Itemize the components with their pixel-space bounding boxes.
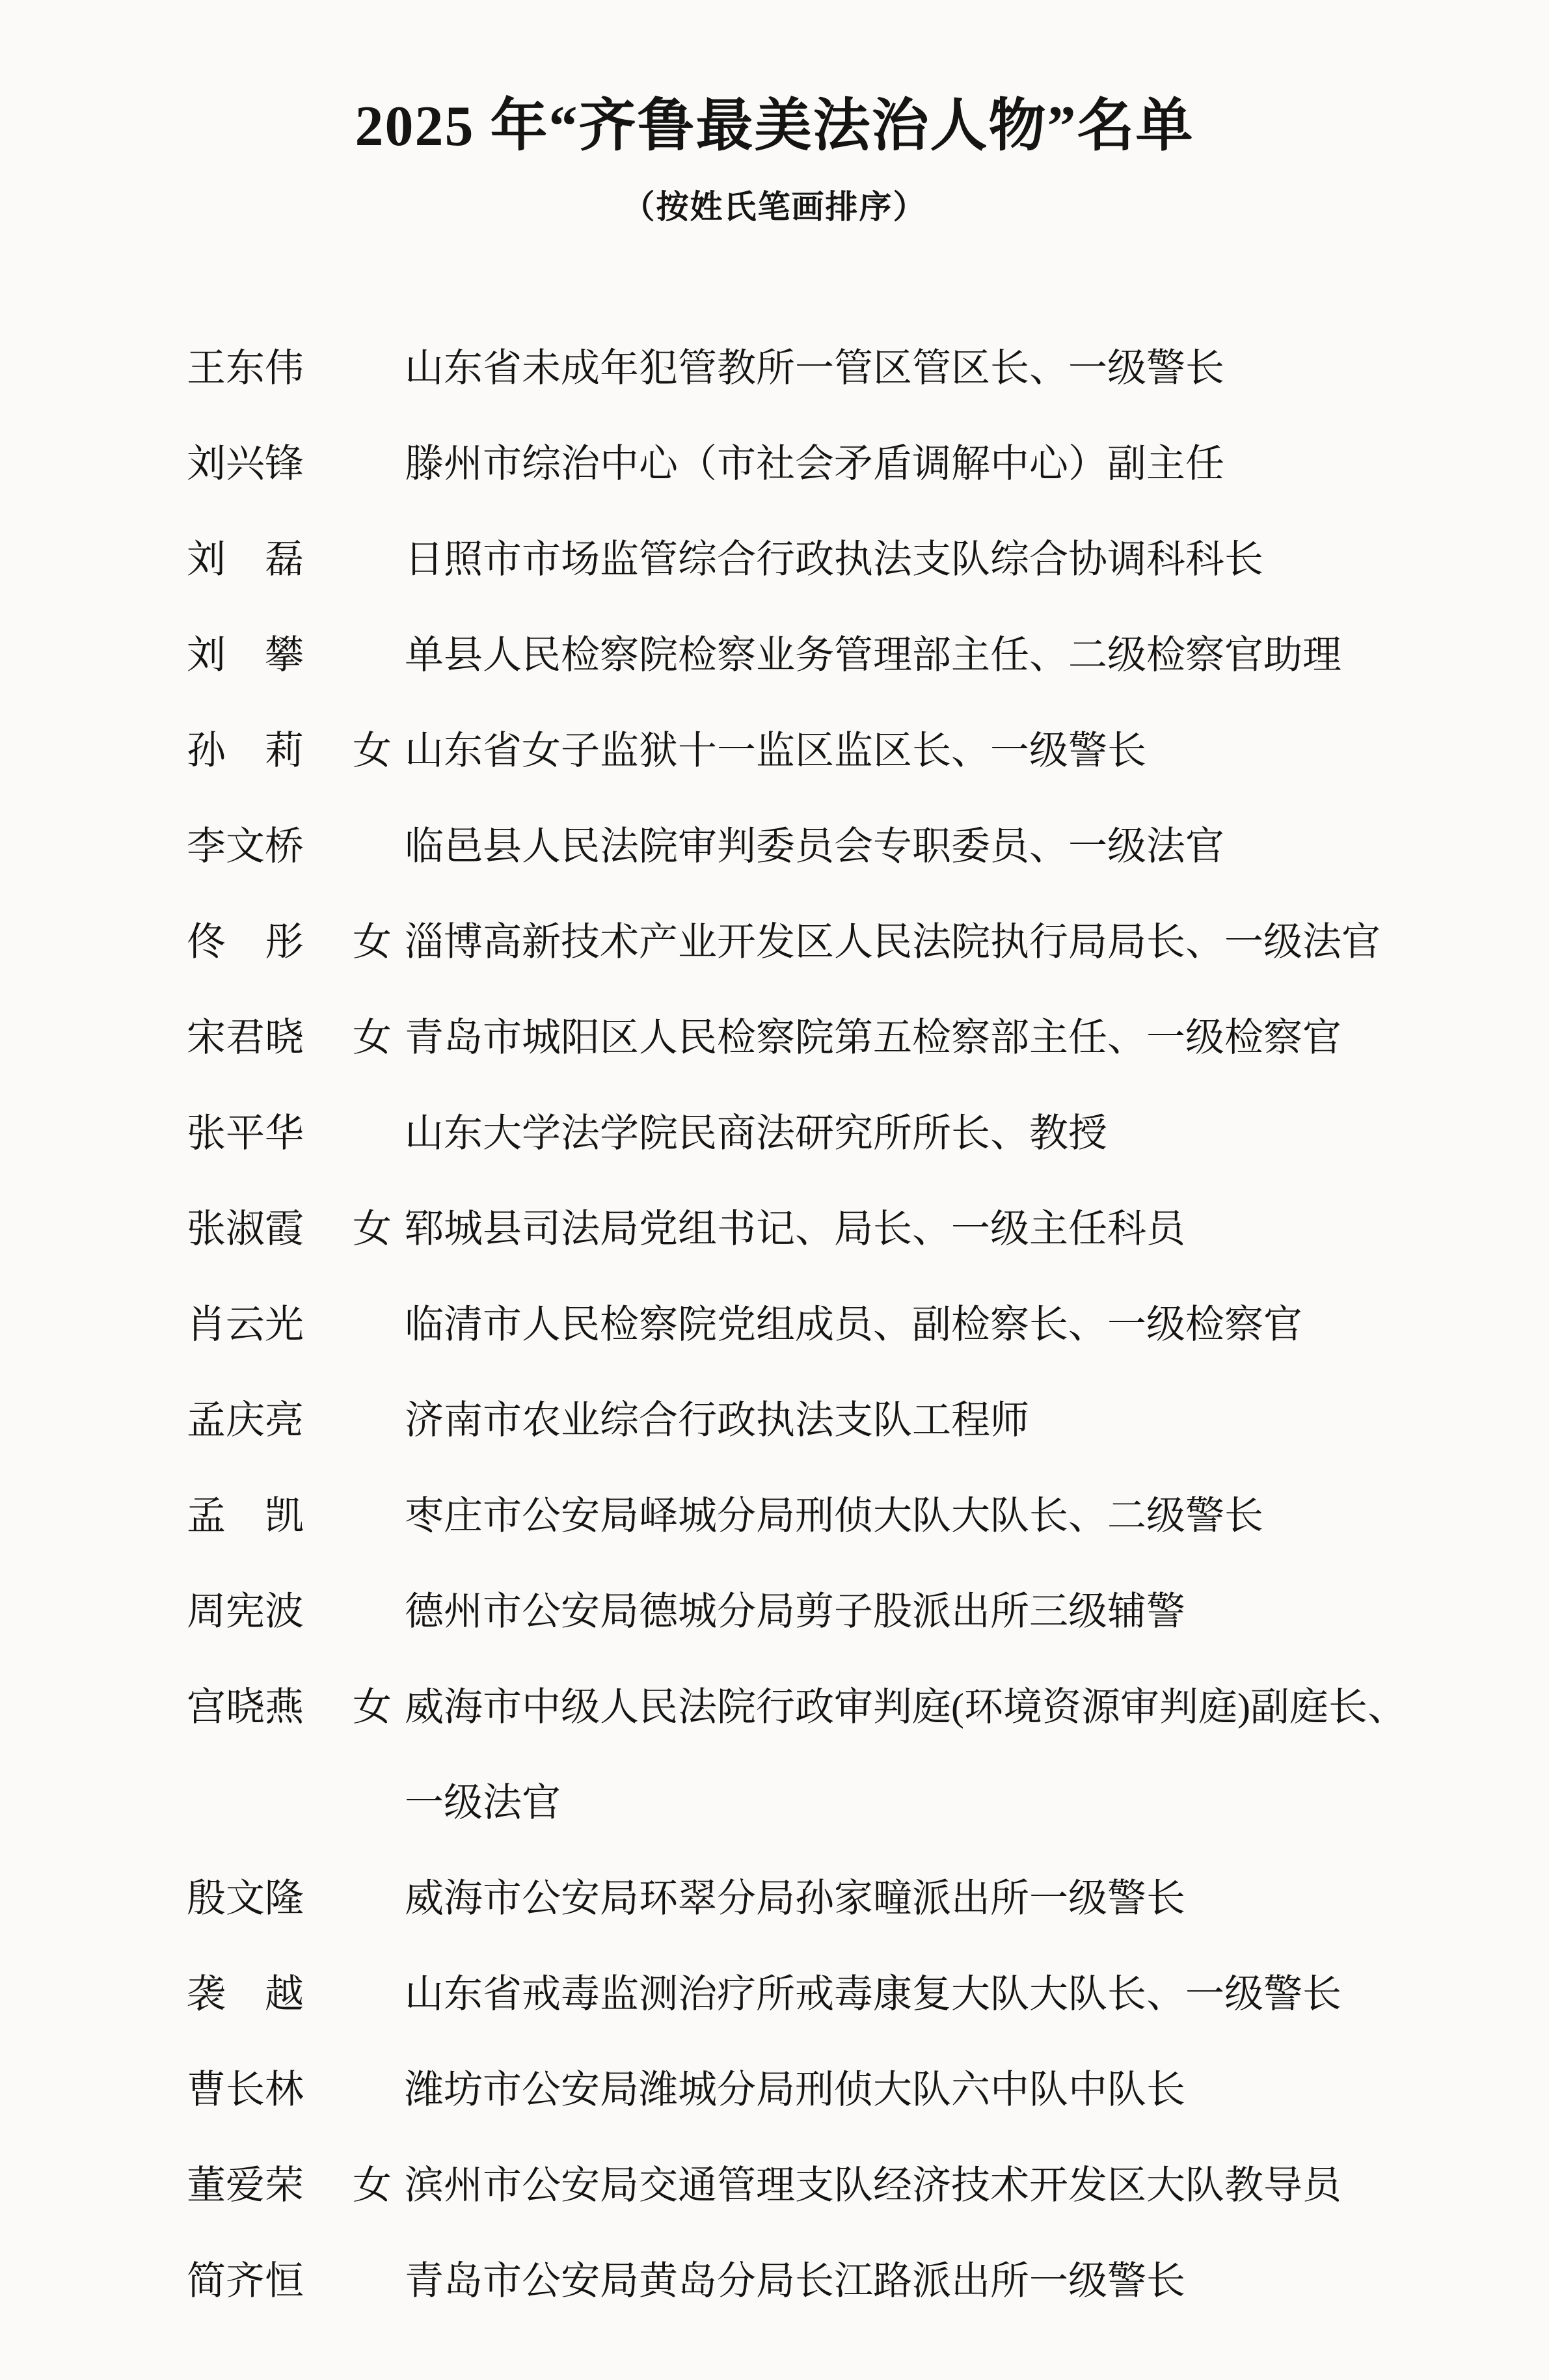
position-line: 山东大学法学院民商法研究所所长、教授	[405, 1086, 1523, 1182]
name-char: 桥	[265, 799, 304, 895]
list-item: 袭越 山东省戒毒监测治疗所戒毒康复大队大队长、一级警长	[0, 1947, 1549, 2042]
name-char: 肖	[187, 1277, 226, 1373]
name-char: 锋	[265, 416, 304, 512]
position-text: 枣庄市公安局峄城分局刑侦大队大队长、二级警长	[405, 1468, 1523, 1564]
position-line: 威海市中级人民法院行政审判庭(环境资源审判庭)副庭长、	[405, 1660, 1523, 1755]
position-text: 日照市市场监管综合行政执法支队综合协调科科长	[405, 512, 1523, 608]
name-char: 晓	[265, 990, 304, 1086]
list-item: 刘磊 日照市市场监管综合行政执法支队综合协调科科长	[0, 512, 1549, 608]
position-line: 郓城县司法局党组书记、局长、一级主任科员	[405, 1182, 1523, 1277]
honoree-name: 曹长林	[187, 2042, 304, 2138]
position-text: 济南市农业综合行政执法支队工程师	[405, 1373, 1523, 1468]
list-item: 佟彤 女 淄博高新技术产业开发区人民法院执行局局长、一级法官	[0, 895, 1549, 990]
name-char: 华	[265, 1086, 304, 1182]
position-line: 枣庄市公安局峄城分局刑侦大队大队长、二级警长	[405, 1468, 1523, 1564]
gender-label: 女	[304, 703, 405, 799]
position-text: 临清市人民检察院党组成员、副检察长、一级检察官	[405, 1277, 1523, 1373]
name-char: 攀	[265, 608, 304, 703]
list-item: 李文桥 临邑县人民法院审判委员会专职委员、一级法官	[0, 799, 1549, 895]
position-line: 济南市农业综合行政执法支队工程师	[405, 1373, 1523, 1468]
position-text: 滕州市综治中心（市社会矛盾调解中心）副主任	[405, 416, 1523, 512]
honoree-name: 简齐恒	[187, 2234, 304, 2329]
position-text: 青岛市城阳区人民检察院第五检察部主任、一级检察官	[405, 990, 1523, 1086]
name-char: 宪	[226, 1564, 265, 1660]
list-item: 刘攀 单县人民检察院检察业务管理部主任、二级检察官助理	[0, 608, 1549, 703]
honoree-name: 孟凯	[187, 1468, 304, 1564]
position-line: 德州市公安局德城分局剪子股派出所三级辅警	[405, 1564, 1523, 1660]
name-char: 云	[226, 1277, 265, 1373]
name-char: 淑	[226, 1182, 265, 1277]
name-char: 刘	[187, 416, 226, 512]
name-char: 张	[187, 1182, 226, 1277]
name-char: 君	[226, 990, 265, 1086]
position-text: 德州市公安局德城分局剪子股派出所三级辅警	[405, 1564, 1523, 1660]
position-line: 滕州市综治中心（市社会矛盾调解中心）副主任	[405, 416, 1523, 512]
gender-label: 女	[304, 990, 405, 1086]
name-char: 东	[226, 321, 265, 416]
list-item: 周宪波 德州市公安局德城分局剪子股派出所三级辅警	[0, 1564, 1549, 1660]
page-title: 2025 年“齐鲁最美法治人物”名单	[0, 0, 1549, 163]
position-line: 滨州市公安局交通管理支队经济技术开发区大队教导员	[405, 2138, 1523, 2234]
position-line: 一级法官	[405, 1755, 1523, 1851]
name-char: 佟	[187, 895, 226, 990]
honoree-name: 刘磊	[187, 512, 304, 608]
honoree-name: 刘兴锋	[187, 416, 304, 512]
name-char: 磊	[265, 512, 304, 608]
position-line: 山东省女子监狱十一监区监区长、一级警长	[405, 703, 1523, 799]
position-text: 山东省戒毒监测治疗所戒毒康复大队大队长、一级警长	[405, 1947, 1523, 2042]
position-text: 淄博高新技术产业开发区人民法院执行局局长、一级法官	[405, 895, 1523, 990]
name-char: 李	[187, 799, 226, 895]
honoree-name: 肖云光	[187, 1277, 304, 1373]
name-char: 光	[265, 1277, 304, 1373]
name-char: 波	[265, 1564, 304, 1660]
name-char: 宫	[187, 1660, 226, 1755]
position-text: 山东省女子监狱十一监区监区长、一级警长	[405, 703, 1523, 799]
name-char: 周	[187, 1564, 226, 1660]
award-list-document: 2025 年“齐鲁最美法治人物”名单 （按姓氏笔画排序） 王东伟 山东省未成年犯…	[0, 0, 1549, 2380]
name-char: 曹	[187, 2042, 226, 2138]
name-char: 林	[265, 2042, 304, 2138]
honoree-list: 王东伟 山东省未成年犯管教所一管区管区长、一级警长 刘兴锋 滕州市综治中心（市社…	[0, 321, 1549, 2329]
name-char: 文	[226, 799, 265, 895]
list-item: 宫晓燕 女 威海市中级人民法院行政审判庭(环境资源审判庭)副庭长、一级法官	[0, 1660, 1549, 1851]
name-char: 亮	[265, 1373, 304, 1468]
position-line: 临邑县人民法院审判委员会专职委员、一级法官	[405, 799, 1523, 895]
honoree-name: 李文桥	[187, 799, 304, 895]
position-text: 临邑县人民法院审判委员会专职委员、一级法官	[405, 799, 1523, 895]
name-char: 刘	[187, 608, 226, 703]
honoree-name: 刘攀	[187, 608, 304, 703]
list-item: 张淑霞 女 郓城县司法局党组书记、局长、一级主任科员	[0, 1182, 1549, 1277]
position-text: 潍坊市公安局潍城分局刑侦大队六中队中队长	[405, 2042, 1523, 2138]
list-item: 简齐恒 青岛市公安局黄岛分局长江路派出所一级警长	[0, 2234, 1549, 2329]
name-char: 殷	[187, 1851, 226, 1947]
list-item: 殷文隆 威海市公安局环翠分局孙家疃派出所一级警长	[0, 1851, 1549, 1947]
honoree-name: 王东伟	[187, 321, 304, 416]
honoree-name: 张淑霞	[187, 1182, 304, 1277]
position-text: 威海市公安局环翠分局孙家疃派出所一级警长	[405, 1851, 1523, 1947]
name-char: 平	[226, 1086, 265, 1182]
gender-label: 女	[304, 895, 405, 990]
position-text: 威海市中级人民法院行政审判庭(环境资源审判庭)副庭长、一级法官	[405, 1660, 1523, 1851]
name-char: 晓	[226, 1660, 265, 1755]
name-char: 刘	[187, 512, 226, 608]
name-char: 孟	[187, 1468, 226, 1564]
name-char: 孙	[187, 703, 226, 799]
list-item: 王东伟 山东省未成年犯管教所一管区管区长、一级警长	[0, 321, 1549, 416]
honoree-name: 宫晓燕	[187, 1660, 304, 1755]
name-char: 袭	[187, 1947, 226, 2042]
position-line: 山东省戒毒监测治疗所戒毒康复大队大队长、一级警长	[405, 1947, 1523, 2042]
page-subtitle: （按姓氏笔画排序）	[0, 186, 1549, 228]
name-char: 隆	[265, 1851, 304, 1947]
position-line: 淄博高新技术产业开发区人民法院执行局局长、一级法官	[405, 895, 1523, 990]
honoree-name: 殷文隆	[187, 1851, 304, 1947]
honoree-name: 佟彤	[187, 895, 304, 990]
position-line: 潍坊市公安局潍城分局刑侦大队六中队中队长	[405, 2042, 1523, 2138]
position-line: 青岛市公安局黄岛分局长江路派出所一级警长	[405, 2234, 1523, 2329]
name-char: 莉	[265, 703, 304, 799]
list-item: 孟庆亮 济南市农业综合行政执法支队工程师	[0, 1373, 1549, 1468]
name-char: 王	[187, 321, 226, 416]
name-char: 爱	[226, 2138, 265, 2234]
gender-label: 女	[304, 1182, 405, 1277]
gender-label: 女	[304, 2138, 405, 2234]
honoree-name: 张平华	[187, 1086, 304, 1182]
honoree-name: 董爱荣	[187, 2138, 304, 2234]
name-char: 简	[187, 2234, 226, 2329]
position-line: 临清市人民检察院党组成员、副检察长、一级检察官	[405, 1277, 1523, 1373]
list-item: 宋君晓 女 青岛市城阳区人民检察院第五检察部主任、一级检察官	[0, 990, 1549, 1086]
name-char: 恒	[265, 2234, 304, 2329]
position-line: 日照市市场监管综合行政执法支队综合协调科科长	[405, 512, 1523, 608]
name-char: 文	[226, 1851, 265, 1947]
name-char: 宋	[187, 990, 226, 1086]
name-char: 彤	[265, 895, 304, 990]
position-text: 单县人民检察院检察业务管理部主任、二级检察官助理	[405, 608, 1523, 703]
name-char: 越	[265, 1947, 304, 2042]
honoree-name: 袭越	[187, 1947, 304, 2042]
list-item: 张平华 山东大学法学院民商法研究所所长、教授	[0, 1086, 1549, 1182]
name-char: 凯	[265, 1468, 304, 1564]
honoree-name: 孟庆亮	[187, 1373, 304, 1468]
list-item: 肖云光 临清市人民检察院党组成员、副检察长、一级检察官	[0, 1277, 1549, 1373]
position-text: 青岛市公安局黄岛分局长江路派出所一级警长	[405, 2234, 1523, 2329]
position-text: 滨州市公安局交通管理支队经济技术开发区大队教导员	[405, 2138, 1523, 2234]
list-item: 刘兴锋 滕州市综治中心（市社会矛盾调解中心）副主任	[0, 416, 1549, 512]
list-item: 孟凯 枣庄市公安局峄城分局刑侦大队大队长、二级警长	[0, 1468, 1549, 1564]
position-line: 山东省未成年犯管教所一管区管区长、一级警长	[405, 321, 1523, 416]
name-char: 兴	[226, 416, 265, 512]
position-line: 威海市公安局环翠分局孙家疃派出所一级警长	[405, 1851, 1523, 1947]
name-char: 伟	[265, 321, 304, 416]
name-char: 霞	[265, 1182, 304, 1277]
position-text: 山东省未成年犯管教所一管区管区长、一级警长	[405, 321, 1523, 416]
name-char: 张	[187, 1086, 226, 1182]
list-item: 孙莉 女 山东省女子监狱十一监区监区长、一级警长	[0, 703, 1549, 799]
name-char: 齐	[226, 2234, 265, 2329]
name-char: 燕	[265, 1660, 304, 1755]
honoree-name: 宋君晓	[187, 990, 304, 1086]
honoree-name: 孙莉	[187, 703, 304, 799]
position-line: 单县人民检察院检察业务管理部主任、二级检察官助理	[405, 608, 1523, 703]
name-char: 董	[187, 2138, 226, 2234]
position-text: 山东大学法学院民商法研究所所长、教授	[405, 1086, 1523, 1182]
position-line: 青岛市城阳区人民检察院第五检察部主任、一级检察官	[405, 990, 1523, 1086]
honoree-name: 周宪波	[187, 1564, 304, 1660]
gender-label: 女	[304, 1660, 405, 1755]
name-char: 孟	[187, 1373, 226, 1468]
position-text: 郓城县司法局党组书记、局长、一级主任科员	[405, 1182, 1523, 1277]
name-char: 荣	[265, 2138, 304, 2234]
name-char: 长	[226, 2042, 265, 2138]
name-char: 庆	[226, 1373, 265, 1468]
list-item: 曹长林 潍坊市公安局潍城分局刑侦大队六中队中队长	[0, 2042, 1549, 2138]
list-item: 董爱荣 女 滨州市公安局交通管理支队经济技术开发区大队教导员	[0, 2138, 1549, 2234]
